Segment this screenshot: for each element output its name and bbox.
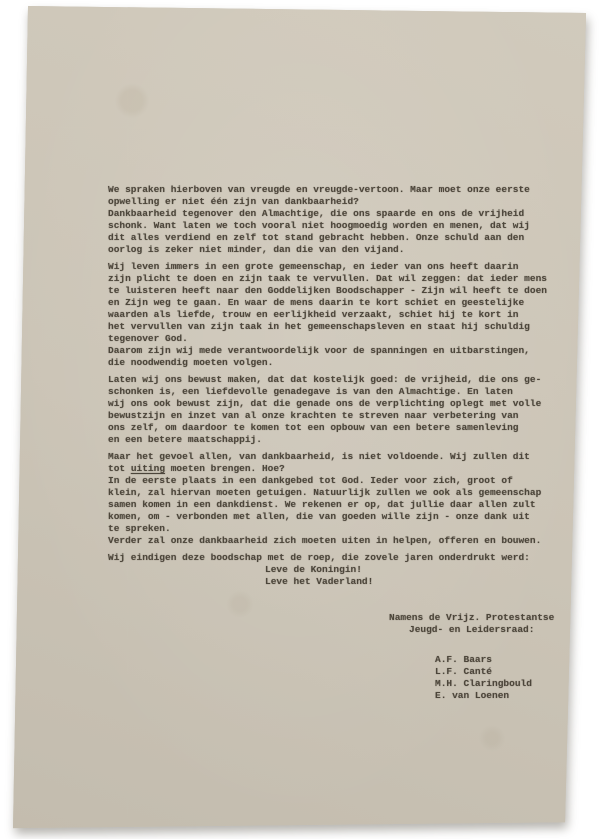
text-line: Dankbaarheid tegenover den Almachtige, d… — [108, 208, 570, 220]
text-line: en Zijn weg te gaan. En waar de mens daa… — [108, 297, 570, 309]
signature-block: Namens de Vrijz. Protestantse Jeugd- en … — [389, 612, 570, 702]
text-line: te spreken. — [108, 523, 570, 535]
text-line: tegenover God. — [108, 333, 570, 345]
text-line: Maar het gevoel allen, van dankbaarheid,… — [108, 451, 570, 463]
underlined-word: uiting — [131, 463, 165, 474]
text-line: wij ons ook bewust zijn, dat die genade … — [108, 398, 570, 410]
paragraph: Wij leven immers in een grote gemeenscha… — [108, 261, 570, 369]
text-line: tot uiting moeten brengen. Hoe? — [108, 463, 570, 475]
text-line: schonken is, een liefdevolle genadegave … — [108, 386, 570, 398]
text-line: Leve het Vaderland! — [265, 576, 570, 588]
text-line: zijn plicht te doen en zijn taak te verv… — [108, 273, 570, 285]
text-line: dit alles verdiend en zelf tot stand geb… — [108, 232, 570, 244]
text-line: het vervullen van zijn taak in het gemee… — [108, 321, 570, 333]
signature-org-line-2: Jeugd- en Leidersraad: — [389, 624, 570, 636]
text-line: Wij eindigen deze boodschap met de roep,… — [108, 552, 570, 564]
text-line: Laten wij ons bewust maken, dat dat kost… — [108, 374, 570, 386]
paper-shadow: We spraken hierboven van vreugde en vreu… — [0, 0, 600, 839]
text-line: Daarom zijn wij mede verantwoordelijk vo… — [108, 345, 570, 357]
photo-background: We spraken hierboven van vreugde en vreu… — [0, 0, 600, 839]
text-line: klein, zal hiervan moeten getuigen. Natu… — [108, 487, 570, 499]
text-line: oorlog is zeker niet minder, dan die van… — [108, 244, 570, 256]
slogan-lines: Leve de Koningin!Leve het Vaderland! — [265, 564, 570, 588]
text-line: komen, om - verbonden met allen, die van… — [108, 511, 570, 523]
text-line: Leve de Koningin! — [265, 564, 570, 576]
text-line: Wij leven immers in een grote gemeenscha… — [108, 261, 570, 273]
paragraph: Wij eindigen deze boodschap met de roep,… — [108, 552, 570, 564]
text-line: A.F. Baars — [435, 654, 570, 666]
signature-names: A.F. BaarsL.F. CantéM.H. ClaringbouldE. … — [435, 654, 570, 702]
text-line: samen komen in een dankdienst. We rekene… — [108, 499, 570, 511]
document-text: We spraken hierboven van vreugde en vreu… — [108, 184, 570, 702]
text-line: E. van Loenen — [435, 690, 570, 702]
text-line: te luisteren heeft naar den Goddelijken … — [108, 285, 570, 297]
text-line: We spraken hierboven van vreugde en vreu… — [108, 184, 570, 196]
text-line: bewustzijn en inzet van al onze krachten… — [108, 410, 570, 422]
text-line: opwelling er niet één zijn van dankbaarh… — [108, 196, 570, 208]
text-line: waarden als liefde, trouw en eerlijkheid… — [108, 309, 570, 321]
text-line: schonk. Want laten we toch vooral niet h… — [108, 220, 570, 232]
text-line: en een betere maatschappij. — [108, 434, 570, 446]
signature-org: Namens de Vrijz. Protestantse Jeugd- en … — [389, 612, 570, 636]
text-line: Verder zal onze dankbaarheid zich moeten… — [108, 535, 570, 547]
signature-org-line-1: Namens de Vrijz. Protestantse — [389, 612, 570, 624]
text-line: In de eerste plaats in een dankgebed tot… — [108, 475, 570, 487]
text-line: L.F. Canté — [435, 666, 570, 678]
text-line: M.H. Claringbould — [435, 678, 570, 690]
paragraph: We spraken hierboven van vreugde en vreu… — [108, 184, 570, 256]
text-line: ons zelf, om daardoor te komen tot een o… — [108, 422, 570, 434]
document-body: We spraken hierboven van vreugde en vreu… — [108, 184, 570, 564]
document-paper: We spraken hierboven van vreugde en vreu… — [0, 0, 600, 839]
paragraph: Maar het gevoel allen, van dankbaarheid,… — [108, 451, 570, 547]
text-line: die noodwendig moeten volgen. — [108, 357, 570, 369]
paragraph: Laten wij ons bewust maken, dat dat kost… — [108, 374, 570, 446]
